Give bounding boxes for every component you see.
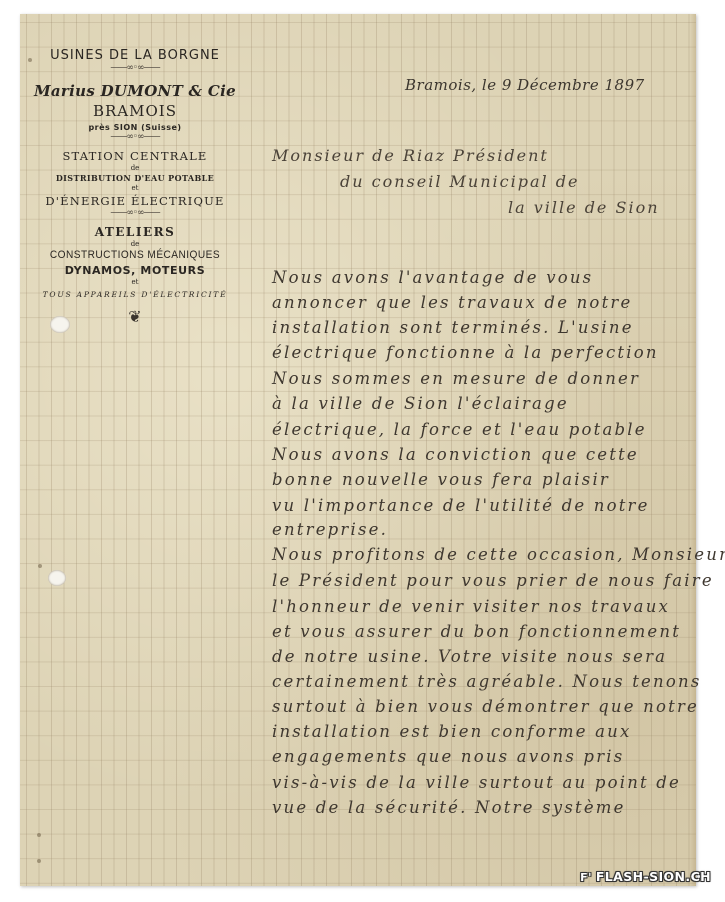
pinhole-lower-1 xyxy=(37,833,41,837)
body-line: surtout à bien vous démontrer que notre xyxy=(272,697,699,716)
punch-hole-middle xyxy=(48,570,66,586)
body-line: de notre usine. Votre visite nous sera xyxy=(272,647,667,666)
body-line: vis-à-vis de la ville surtout au point d… xyxy=(272,773,681,792)
constructions-heading: CONSTRUCTIONS MÉCANIQUES xyxy=(38,249,231,261)
address-line-1: Monsieur de Riaz Président xyxy=(272,146,549,165)
letterhead: USINES DE LA BORGNE ——∞◦∞—— Marius DUMON… xyxy=(30,44,240,326)
ornament-divider: ——∞◦∞—— xyxy=(30,208,240,219)
letter-date: Bramois, le 9 Décembre 1897 xyxy=(405,76,645,94)
connector-et: et xyxy=(30,278,240,286)
company-name-arc: USINES DE LA BORGNE xyxy=(30,48,240,63)
body-line: certainement très agréable. Nous tenons xyxy=(272,672,701,691)
body-line: Nous avons l'avantage de vous xyxy=(272,268,593,287)
body-line: Nous avons la conviction que cette xyxy=(272,445,639,464)
address-line-3: la ville de Sion xyxy=(508,198,660,217)
location-subtitle: près SION (Suisse) xyxy=(30,123,240,132)
flash-logo-icon: F' xyxy=(580,871,592,884)
watermark-text: FLASH-SION.CH xyxy=(596,869,711,884)
paper-edge-shading xyxy=(690,14,696,886)
ornament-divider: ——∞◦∞—— xyxy=(30,63,240,74)
body-line: le Président pour vous prier de nous fai… xyxy=(272,571,714,590)
connector-de: de xyxy=(30,240,240,248)
body-line: l'honneur de venir visiter nos travaux xyxy=(272,597,670,616)
body-line: et vous assurer du bon fonctionnement xyxy=(272,622,681,641)
body-line: Nous profitons de cette occasion, Monsie… xyxy=(272,545,725,564)
body-line: annoncer que les travaux de notre xyxy=(272,293,632,312)
body-line: engagements que nous avons pris xyxy=(272,747,624,766)
body-line: à la ville de Sion l'éclairage xyxy=(272,394,569,413)
flourish-ornament-icon: ❦ xyxy=(30,307,240,326)
body-line: entreprise. xyxy=(272,520,388,539)
energie-heading: D'ÉNERGIE ÉLECTRIQUE xyxy=(30,194,240,208)
body-line: installation est bien conforme aux xyxy=(272,722,631,741)
pinhole-mid xyxy=(38,564,42,568)
dynamos-heading: DYNAMOS, MOTEURS xyxy=(30,264,240,277)
body-line: installation sont terminés. L'usine xyxy=(272,318,634,337)
appareils-heading: TOUS APPAREILS D'ÉLECTRICITÉ xyxy=(30,290,240,299)
body-line: électrique fonctionne à la perfection xyxy=(272,343,659,362)
firm-name: Marius DUMONT & Cie xyxy=(30,82,240,100)
ornament-divider: ——∞◦∞—— xyxy=(30,132,240,143)
body-line: électrique, la force et l'eau potable xyxy=(272,420,647,439)
watermark: F'FLASH-SION.CH xyxy=(580,869,711,884)
connector-de: de xyxy=(30,164,240,172)
connector-et: et xyxy=(30,184,240,192)
pinhole-lower-2 xyxy=(37,859,41,863)
body-line: vu l'importance de l'utilité de notre xyxy=(272,496,650,515)
distribution-heading: DISTRIBUTION D'EAU POTABLE xyxy=(30,173,240,183)
body-line: Nous sommes en mesure de donner xyxy=(272,369,640,388)
body-line: bonne nouvelle vous fera plaisir xyxy=(272,470,610,489)
ateliers-heading: ATELIERS xyxy=(30,225,240,239)
body-line: vue de la sécurité. Notre système xyxy=(272,798,626,817)
station-heading: STATION CENTRALE xyxy=(30,149,240,163)
address-line-2: du conseil Municipal de xyxy=(340,172,579,191)
town-name: BRAMOIS xyxy=(30,102,240,120)
